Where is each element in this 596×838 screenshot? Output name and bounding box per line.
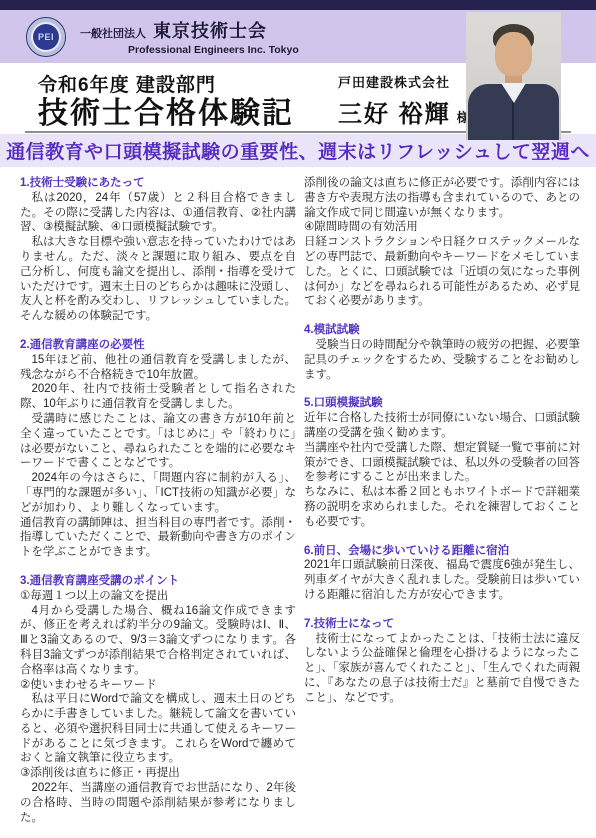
paragraph: 2020年、社内で技術士受験者として指名された際、10年ぶりに通信教育を受講しま… <box>20 382 296 412</box>
paragraph: 受験当日の時間配分や執筆時の疲労の把握、必要筆記具のチェックをするため、受験する… <box>304 338 580 382</box>
section-heading: 7.技術士になって <box>304 617 580 632</box>
right-column: 添削後の論文は直ちに修正が必要です。添削内容には書き方や表現方法の指導も含まれて… <box>304 176 580 831</box>
section-heading: 2.通信教育講座の必要性 <box>20 338 296 353</box>
org-name: 東京技術士会 <box>153 17 267 43</box>
paragraph: ③添削後は直ちに修正・再提出 <box>20 766 296 781</box>
paragraph: ②使いまわせるキーワード <box>20 678 296 693</box>
article-body: 1.技術士受験にあたって私は2020，24年（57歳）と２科目合格できました。そ… <box>20 176 580 831</box>
author-block: 戸田建設株式会社 三好 裕輝 様 <box>338 72 470 131</box>
paragraph: 日経コンストラクションや日経クロステックメールなどの専門誌で、最新動向やキーワー… <box>304 235 580 309</box>
section-heading: 6.前日、会場に歩いていける距離に宿泊 <box>304 544 580 559</box>
portrait-face <box>495 32 532 76</box>
paragraph: ④隙間時間の有効活用 <box>304 220 580 235</box>
paragraph: 当講座や社内で受講した際、想定質疑一覧で事前に対策ができ、口頭模擬試験では、私以… <box>304 441 580 485</box>
paragraph: 受講時に感じたことは、論文の書き方が10年前と全く違っていたことです。「はじめに… <box>20 412 296 471</box>
paragraph: 通信教育の講師陣は、担当科目の専門者です。添削・指導していただくことで、最新動向… <box>20 516 296 560</box>
org-name-english: Professional Engineers Inc. Tokyo <box>128 44 299 56</box>
page-title: 技術士合格体験記 <box>38 97 294 132</box>
paragraph: 私は大きな目標や強い意志を持っていたわけではありません。ただ、淡々と課題に取り組… <box>20 235 296 324</box>
company-name: 戸田建設株式会社 <box>338 72 470 91</box>
paragraph: 4月から受講した場合、概ね16論文作成できますが、修正を考えれば約半分の9論文。… <box>20 604 296 678</box>
left-column: 1.技術士受験にあたって私は2020，24年（57歳）と２科目合格できました。そ… <box>20 176 296 831</box>
headline-text: 通信教育や口頭模擬試験の重要性、週末はリフレッシュして翌週へ <box>6 137 590 164</box>
section-heading: 1.技術士受験にあたって <box>20 176 296 191</box>
top-navy-bar <box>0 0 596 10</box>
paragraph: ①毎週１つ以上の論文を提出 <box>20 589 296 604</box>
title-year-division: 令和6年度 建設部門 <box>38 75 294 97</box>
pei-logo-icon: PEI <box>26 17 66 57</box>
paragraph: 技術士になってよかったことは、「技術士法に違反しないよう公益確保と倫理を心掛ける… <box>304 632 580 706</box>
title-block: 令和6年度 建設部門 技術士合格体験記 <box>38 75 294 131</box>
org-prefix: 一般社団法人 <box>80 25 146 41</box>
portrait-photo <box>466 12 561 140</box>
person-name: 三好 裕輝 <box>338 94 451 129</box>
section-heading: 5.口頭模擬試験 <box>304 396 580 411</box>
paragraph: 15年ほど前、他社の通信教育を受講しましたが、残念ながら不合格続きで10年放置。 <box>20 353 296 383</box>
title-section: 令和6年度 建設部門 技術士合格体験記 戸田建設株式会社 三好 裕輝 様 <box>0 63 470 131</box>
section-heading: 3.通信教育講座受講のポイント <box>20 574 296 589</box>
paragraph: 2022年、当講座の通信教育でお世話になり、2年後の合格時、当時の問題や添削結果… <box>20 781 296 825</box>
paragraph: 2024年の今はさらに、「問題内容に制約が入る」、「専門的な課題が多い」、「IC… <box>20 471 296 515</box>
paragraph: 近年に合格した技術士が同僚にいない場合、口頭試験講座の受講を強く勧めます。 <box>304 411 580 441</box>
organization-block: 一般社団法人 東京技術士会 Professional Engineers Inc… <box>80 17 299 56</box>
paragraph: 2021年口頭試験前日深夜、福島で震度6強が発生し、列車ダイヤが大きく乱れました… <box>304 558 580 602</box>
section-heading: 4.模試試験 <box>304 323 580 338</box>
page: PEI 一般社団法人 東京技術士会 Professional Engineers… <box>0 0 596 838</box>
paragraph: 私は2020，24年（57歳）と２科目合格できました。その際に受講した内容は、①… <box>20 191 296 235</box>
paragraph: 添削後の論文は直ちに修正が必要です。添削内容には書き方や表現方法の指導も含まれて… <box>304 176 580 220</box>
pei-logo-text: PEI <box>33 24 59 50</box>
paragraph: ちなみに、私は本番２回ともホワイトボードで詳細業務の説明を求められました。それを… <box>304 485 580 529</box>
paragraph: 私は平日にWordで論文を構成し、週末土日のどちらかに手書きしていました。継続し… <box>20 692 296 766</box>
